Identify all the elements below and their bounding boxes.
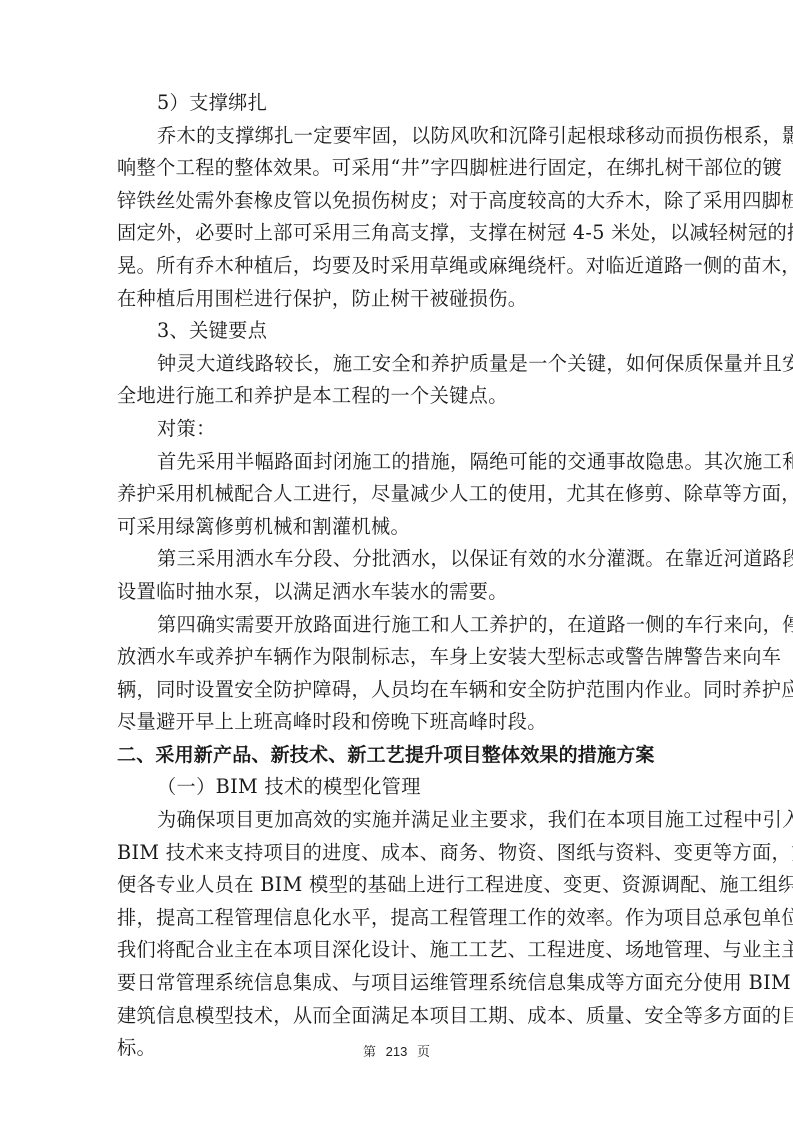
subsection-title-bim: （一）BIM 技术的模型化管理 xyxy=(117,771,679,804)
paragraph-line: 要日常管理系统信息集成、与项目运维管理系统信息集成等方面充分使用 BIM xyxy=(117,967,679,1000)
paragraph-line: 放洒水车或养护车辆作为限制标志，车身上安装大型标志或警告牌警告来向车 xyxy=(117,641,679,674)
paragraph-line: 在种植后用围栏进行保护，防止树干被碰损伤。 xyxy=(117,283,679,316)
paragraph-line: 尽量避开早上上班高峰时段和傍晚下班高峰时段。 xyxy=(117,706,679,739)
document-page: 5）支撑绑扎 乔木的支撑绑扎一定要牢固，以防风吹和沉降引起根球移动而损伤根系，影… xyxy=(0,0,793,1122)
paragraph-line: 锌铁丝处需外套橡皮管以免损伤树皮；对于高度较高的大乔木，除了采用四脚桩 xyxy=(117,185,679,218)
paragraph-line: 第三采用洒水车分段、分批洒水，以保证有效的水分灌溉。在靠近河道路段 xyxy=(117,543,679,576)
paragraph-line: 晃。所有乔木种植后，均要及时采用草绳或麻绳绕杆。对临近道路一侧的苗木， xyxy=(117,250,679,283)
page-number: 213 xyxy=(386,1044,408,1059)
paragraph-line: 可采用绿篱修剪机械和割灌机械。 xyxy=(117,511,679,544)
paragraph-line: 设置临时抽水泵，以满足洒水车装水的需要。 xyxy=(117,576,679,609)
paragraph-line: 我们将配合业主在本项目深化设计、施工工艺、工程进度、场地管理、与业主主 xyxy=(117,934,679,967)
paragraph-line: 建筑信息模型技术，从而全面满足本项目工期、成本、质量、安全等多方面的目 xyxy=(117,1000,679,1033)
paragraph-line: 为确保项目更加高效的实施并满足业主要求，我们在本项目施工过程中引入 xyxy=(117,804,679,837)
paragraph-line: 养护采用机械配合人工进行，尽量减少人工的使用，尤其在修剪、除草等方面， xyxy=(117,478,679,511)
subsection-title-support-binding: 5）支撑绑扎 xyxy=(117,87,679,120)
paragraph-line: 全地进行施工和养护是本工程的一个关键点。 xyxy=(117,380,679,413)
paragraph-line: 首先采用半幅路面封闭施工的措施，隔绝可能的交通事故隐患。其次施工和 xyxy=(117,446,679,479)
paragraph-line: BIM 技术来支持项目的进度、成本、商务、物资、图纸与资料、变更等方面，方 xyxy=(117,837,679,870)
paragraph-line: 排，提高工程管理信息化水平，提高工程管理工作的效率。作为项目总承包单位， xyxy=(117,902,679,935)
paragraph-line: 响整个工程的整体效果。可采用“井”字四脚桩进行固定，在绑扎树干部位的镀 xyxy=(117,152,679,185)
page-prefix: 第 xyxy=(363,1044,376,1059)
paragraph-line: 乔木的支撑绑扎一定要牢固，以防风吹和沉降引起根球移动而损伤根系，影 xyxy=(117,120,679,153)
paragraph-line: 辆，同时设置安全防护障碍，人员均在车辆和安全防护范围内作业。同时养护应 xyxy=(117,674,679,707)
paragraph-line: 固定外，必要时上部可采用三角高支撑，支撑在树冠 4-5 米处，以减轻树冠的摇 xyxy=(117,217,679,250)
section-heading: 二、采用新产品、新技术、新工艺提升项目整体效果的措施方案 xyxy=(117,739,679,772)
page-suffix: 页 xyxy=(417,1044,430,1059)
countermeasures-label: 对策： xyxy=(117,413,679,446)
paragraph-line: 第四确实需要开放路面进行施工和人工养护的，在道路一侧的车行来向，停 xyxy=(117,609,679,642)
subsection-title-key-points: 3、关键要点 xyxy=(117,315,679,348)
document-body: 5）支撑绑扎 乔木的支撑绑扎一定要牢固，以防风吹和沉降引起根球移动而损伤根系，影… xyxy=(117,87,679,1065)
paragraph-line: 钟灵大道线路较长，施工安全和养护质量是一个关键，如何保质保量并且安 xyxy=(117,348,679,381)
page-number-footer: 第 213 页 xyxy=(0,1041,793,1060)
paragraph-line: 便各专业人员在 BIM 模型的基础上进行工程进度、变更、资源调配、施工组织安 xyxy=(117,869,679,902)
